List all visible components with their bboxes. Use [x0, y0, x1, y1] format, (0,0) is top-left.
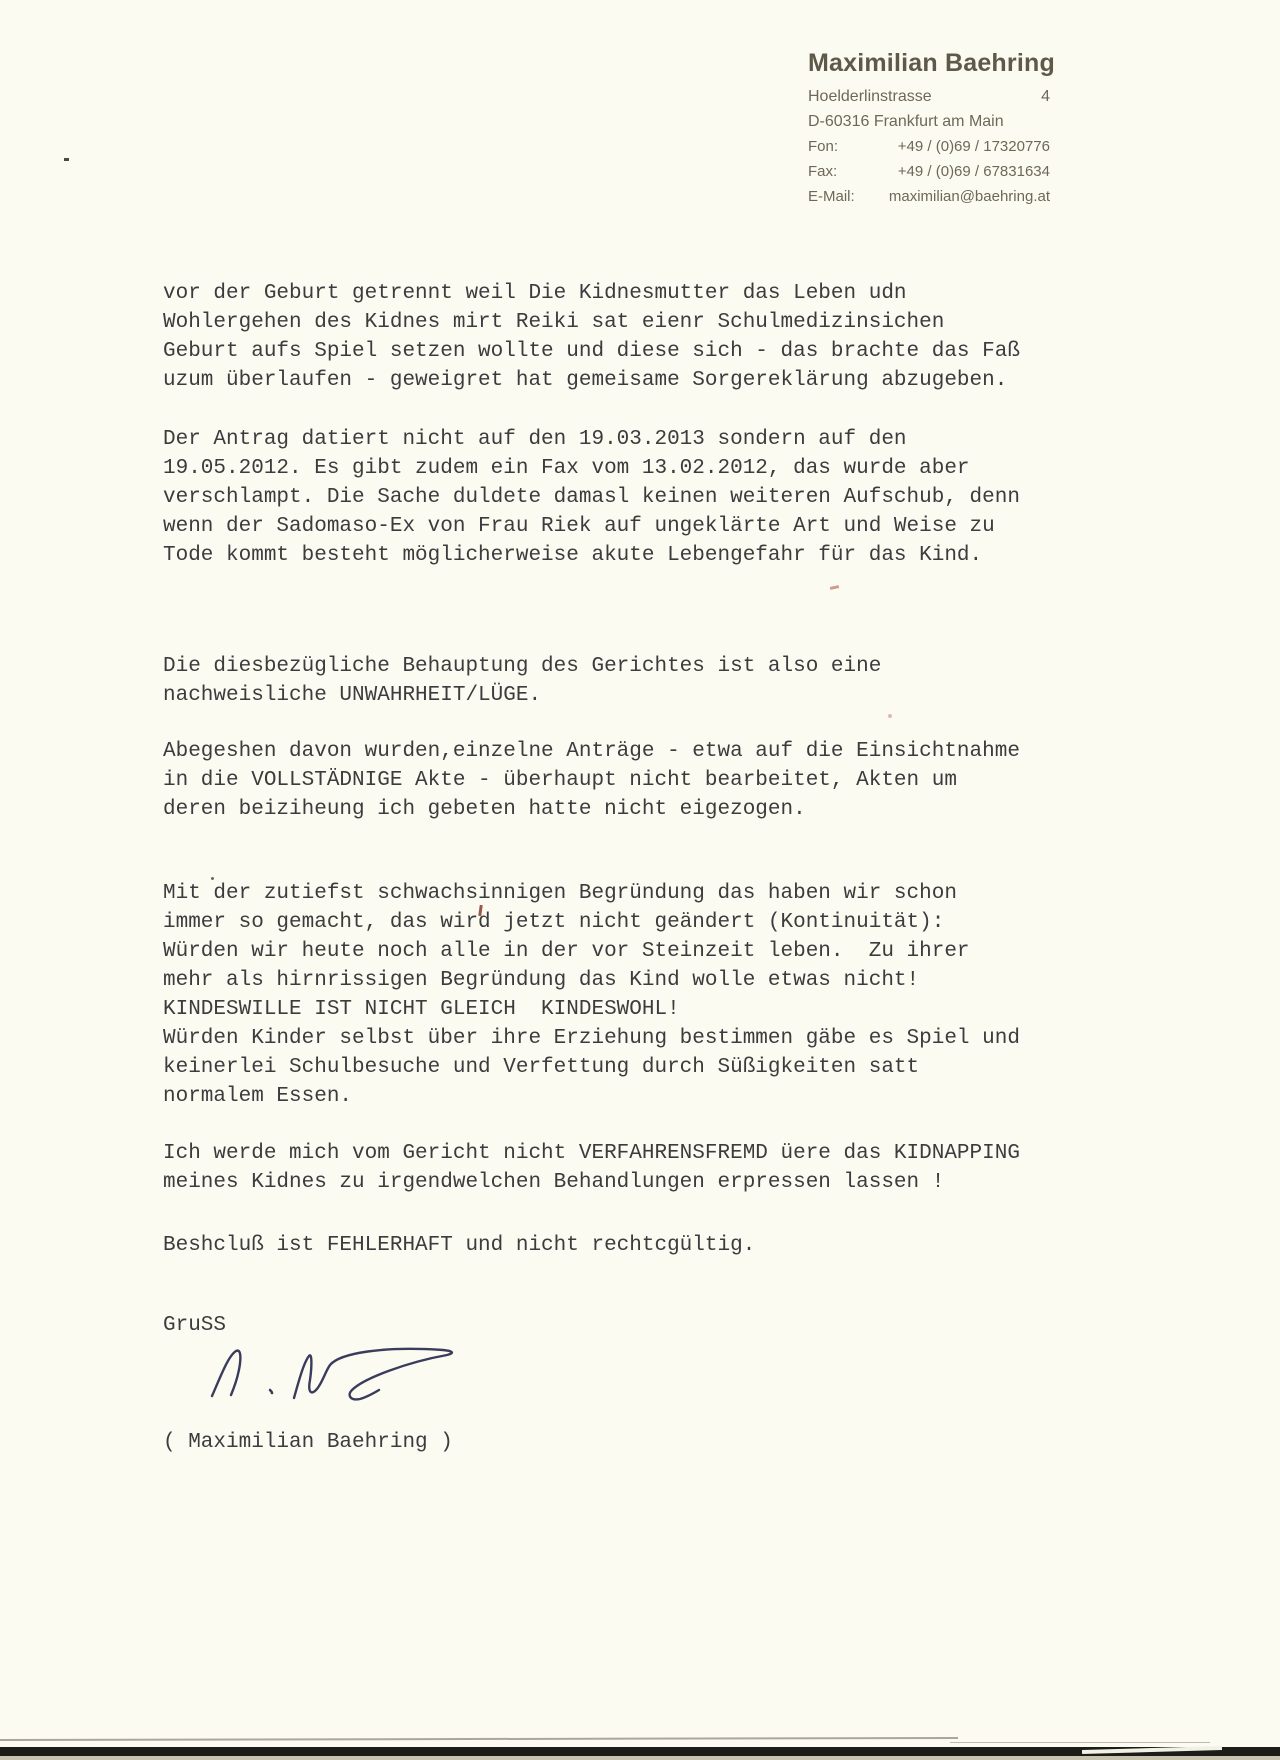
- scan-speck: [211, 877, 214, 880]
- email-value: maximilian@baehring.at: [889, 184, 1050, 209]
- fax-value: +49 / (0)69 / 67831634: [898, 159, 1050, 184]
- closing-salutation: GruSS: [163, 1311, 1063, 1340]
- letter-paragraph: Abegeshen davon wurden,einzelne Anträge …: [163, 737, 1063, 824]
- page-bottom-edge-line: [0, 1737, 958, 1741]
- email-row: E-Mail: maximilian@baehring.at: [808, 184, 1050, 209]
- letter-paragraph: Der Antrag datiert nicht auf den 19.03.2…: [163, 425, 1063, 570]
- sender-city-row: D-60316 Frankfurt am Main: [808, 109, 1050, 134]
- signer-name: ( Maximilian Baehring ): [163, 1428, 1063, 1457]
- letter-paragraph: Ich werde mich vom Gericht nicht VERFAHR…: [163, 1139, 1063, 1197]
- sender-street: Hoelderlinstrasse: [808, 84, 932, 109]
- page-bottom-edge-line: [950, 1742, 1210, 1743]
- letter-paragraph: Mit der zutiefst schwachsinnigen Begründ…: [163, 879, 1063, 1111]
- scan-speck: [888, 714, 892, 718]
- phone-value: +49 / (0)69 / 17320776: [898, 134, 1050, 159]
- fax-row: Fax: +49 / (0)69 / 67831634: [808, 159, 1050, 184]
- scan-speck: [64, 158, 69, 161]
- email-label: E-Mail:: [808, 184, 855, 209]
- letter-paragraph: vor der Geburt getrennt weil Die Kidnesm…: [163, 279, 1063, 395]
- sender-street-row: Hoelderlinstrasse 4: [808, 84, 1050, 109]
- handwritten-signature: [198, 1338, 478, 1428]
- sender-city: D-60316 Frankfurt am Main: [808, 109, 1004, 134]
- letter-paragraph: Beshcluß ist FEHLERHAFT und nicht rechtc…: [163, 1231, 1063, 1260]
- fax-label: Fax:: [808, 159, 837, 184]
- scanned-letter-page: Maximilian Baehring Hoelderlinstrasse 4 …: [0, 0, 1280, 1760]
- letterhead: Maximilian Baehring Hoelderlinstrasse 4 …: [808, 48, 1050, 209]
- phone-row: Fon: +49 / (0)69 / 17320776: [808, 134, 1050, 159]
- sender-street-number: 4: [1041, 84, 1050, 109]
- sender-name: Maximilian Baehring: [808, 48, 1050, 78]
- scan-background-strip: [0, 1756, 1280, 1760]
- phone-label: Fon:: [808, 134, 838, 159]
- scan-speck: [830, 585, 839, 590]
- letter-paragraph: Die diesbezügliche Behauptung des Gerich…: [163, 652, 1063, 710]
